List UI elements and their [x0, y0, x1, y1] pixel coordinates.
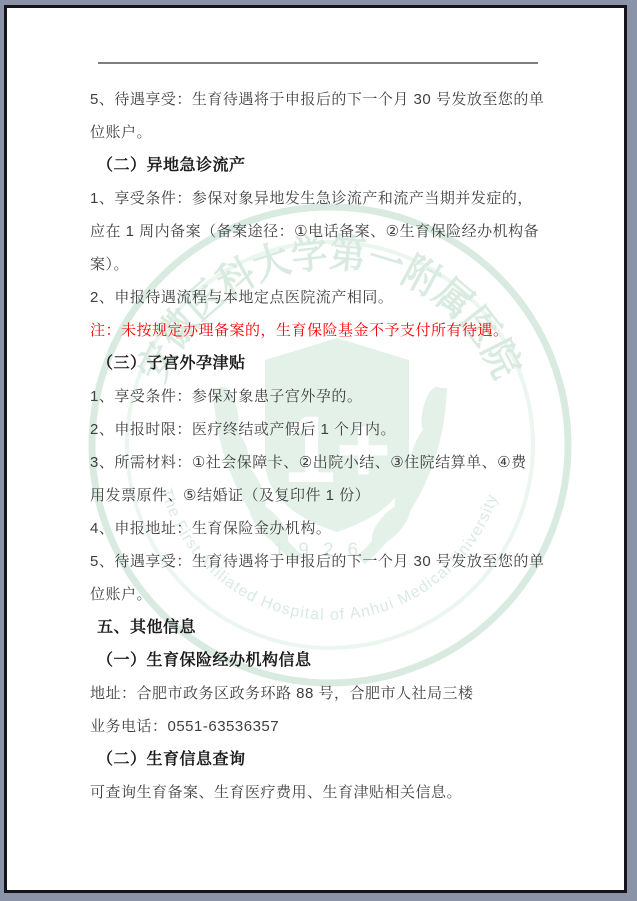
body-text-line: 位账户。	[90, 578, 552, 611]
document-page: 安徽医科大学第一附属医院 The First Affiliated Hospit…	[4, 5, 627, 893]
body-text-line: 2、申报时限：医疗终结或产假后 1 个月内。	[90, 413, 552, 446]
body-text-line: 5、待遇享受：生育待遇将于申报后的下一个月 30 号发放至您的单	[90, 545, 552, 578]
body-text-line: 业务电话：0551-63536357	[90, 710, 552, 743]
warning-note-line: 注：未按规定办理备案的，生育保险基金不予支付所有待遇。	[90, 314, 552, 347]
body-text-line: 1、享受条件：参保对象患子宫外孕的。	[90, 380, 552, 413]
body-text-line: 应在 1 周内备案（备案途径：①电话备案、②生育保险经办机构备	[90, 215, 552, 248]
body-text-line: 位账户。	[90, 116, 552, 149]
desktop-background: { "page": { "background": "#8b93a8", "pa…	[0, 0, 637, 901]
body-text-line: 可查询生育备案、生育医疗费用、生育津贴相关信息。	[90, 776, 552, 809]
section-heading-level2: （二）异地急诊流产	[90, 149, 552, 182]
body-text-line: 4、申报地址：生育保险金办机构。	[90, 512, 552, 545]
body-text-line: 地址：合肥市政务区政务环路 88 号，合肥市人社局三楼	[90, 677, 552, 710]
page-body: 安徽医科大学第一附属医院 The First Affiliated Hospit…	[7, 8, 624, 890]
body-text-line: 5、待遇享受：生育待遇将于申报后的下一个月 30 号发放至您的单	[90, 83, 552, 116]
section-heading-level2: （一）生育保险经办机构信息	[90, 644, 552, 677]
header-rule	[98, 62, 538, 64]
body-text-line: 用发票原件、⑤结婚证（及复印件 1 份）	[90, 479, 552, 512]
section-heading-level1: 五、其他信息	[90, 611, 552, 644]
section-heading-level2: （三）子宫外孕津贴	[90, 347, 552, 380]
body-text-line: 案）。	[90, 248, 552, 281]
body-text-line: 2、申报待遇流程与本地定点医院流产相同。	[90, 281, 552, 314]
body-text-line: 1、享受条件：参保对象异地发生急诊流产和流产当期并发症的，	[90, 182, 552, 215]
document-content: 5、待遇享受：生育待遇将于申报后的下一个月 30 号发放至您的单位账户。（二）异…	[90, 83, 552, 809]
body-text-line: 3、所需材料：①社会保障卡、②出院小结、③住院结算单、④费	[90, 446, 552, 479]
section-heading-level2: （二）生育信息查询	[90, 743, 552, 776]
